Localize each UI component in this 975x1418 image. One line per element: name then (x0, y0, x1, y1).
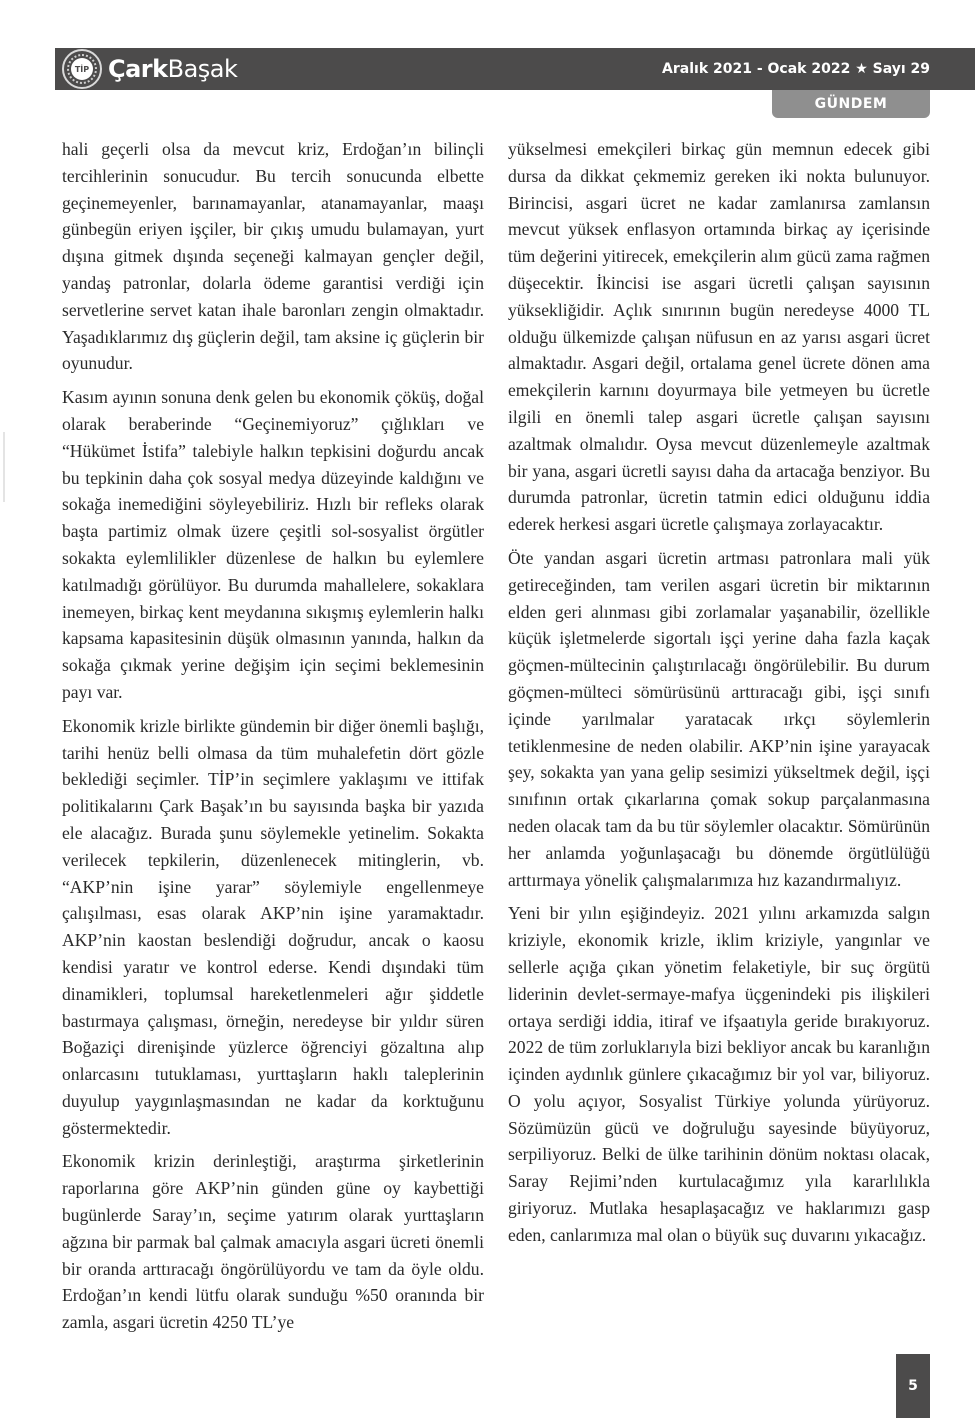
section-label: GÜNDEM (772, 90, 930, 118)
paragraph: Yeni bir yılın eşiğindeyiz. 2021 yılını … (508, 900, 930, 1248)
brand-logo: TİP ÇarkBaşak (62, 46, 237, 92)
article-column-right: yükselmesi emekçileri birkaç gün memnun … (508, 136, 930, 1256)
paragraph: hali geçerli olsa da mevcut kriz, Erdoğa… (62, 136, 484, 377)
article-column-left: hali geçerli olsa da mevcut kriz, Erdoğa… (62, 136, 484, 1343)
paragraph: Ekonomik krizle birlikte gündemin bir di… (62, 713, 484, 1142)
issue-info: Aralık 2021 - Ocak 2022 ★ Sayı 29 (662, 48, 930, 90)
paragraph: Kasım ayının sonuna denk gelen bu ekonom… (62, 384, 484, 706)
page-number: 5 (896, 1354, 930, 1418)
paragraph: yükselmesi emekçileri birkaç gün memnun … (508, 136, 930, 538)
brand-name-light: Başak (168, 55, 238, 83)
emblem-text: TİP (71, 58, 93, 80)
paragraph: Ekonomik krizin derinleştiği, araştırma … (62, 1148, 484, 1336)
brand-name: ÇarkBaşak (108, 57, 237, 81)
brand-name-bold: Çark (108, 55, 168, 83)
margin-rule (3, 432, 5, 502)
party-emblem-icon: TİP (62, 49, 102, 89)
paragraph: Öte yandan asgari ücretin artması patron… (508, 545, 930, 893)
